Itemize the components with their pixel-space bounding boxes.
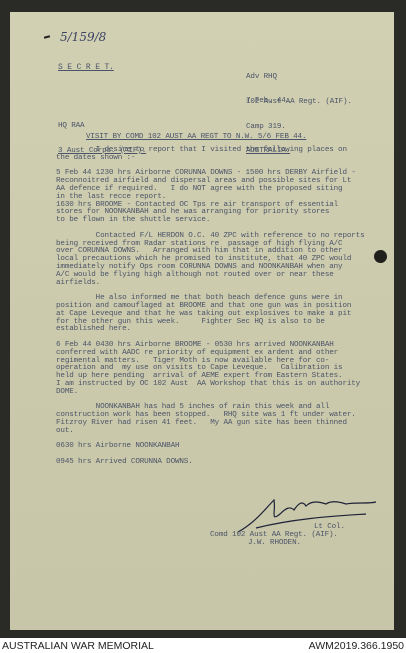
body-line: to be flown in the shuttle service. <box>56 216 365 224</box>
body-line: for the other gun this week. Fighter Sec… <box>56 318 365 326</box>
body-line: AA defence if required. I do NOT agree w… <box>56 185 365 193</box>
body-line: DOME. <box>56 388 365 396</box>
body-line <box>56 333 365 341</box>
body-line: held up here pending arrival of AEME exp… <box>56 372 365 380</box>
body-line: local precautions which he promised to i… <box>56 255 365 263</box>
body-line: over CORUNNA DOWNS. Arranged with him th… <box>56 247 365 255</box>
archive-credit: AUSTRALIAN WAR MEMORIAL <box>2 640 154 652</box>
body-line: being received from Radar stations re pa… <box>56 240 365 248</box>
body-line: Reconnoitred airfield and dispersal area… <box>56 177 365 185</box>
letter-body: I desire to report that I visited the fo… <box>56 146 365 466</box>
body-line: 1630 hrs BROOME - Contacted OC Tps re ai… <box>56 201 365 209</box>
body-line: 5 Feb 44 1230 hrs Airborne CORUNNA DOWNS… <box>56 169 365 177</box>
body-line: immediately notify Ops room CORUNNA DOWN… <box>56 263 365 271</box>
body-line: 6 Feb 44 0430 hrs Airborne BROOME - 0530… <box>56 341 365 349</box>
body-line: in the last recce report. <box>56 193 365 201</box>
body-line <box>56 162 365 170</box>
document-date: 7 Feb. 44. <box>246 97 290 105</box>
body-line: airfields. <box>56 279 365 287</box>
body-line <box>56 286 365 294</box>
subject-heading: VISIT BY COMD 102 AUST AA REGT TO N.W. 5… <box>86 133 306 141</box>
body-line: A/C would be flying high although not ro… <box>56 271 365 279</box>
body-line: construction work has been stopped. RHQ … <box>56 411 365 419</box>
signer-name: J.W. RHODEN. <box>248 539 301 547</box>
classification-label: S E C R E T. <box>58 64 114 72</box>
handwritten-reference: 5/159/8 <box>60 30 106 44</box>
body-line: at Cape Leveque and that he was taking o… <box>56 310 365 318</box>
body-line: I am instructed by OC 102 Aust AA Worksh… <box>56 380 365 388</box>
signature <box>236 494 386 534</box>
archive-id: AWM2019.366.1950 <box>309 640 404 652</box>
signer-rank: Lt Col. <box>314 523 345 531</box>
body-line: operation and my use on visits to Cape L… <box>56 364 365 372</box>
body-line: 0945 hrs Arrived CORUNNA DOWNS. <box>56 458 365 466</box>
body-line: He also informed me that both beach defe… <box>56 294 365 302</box>
recipient-line: HQ RAA <box>58 122 146 130</box>
signer-title: Comd 102 Aust AA Regt. (AIF). <box>210 531 338 539</box>
body-line <box>56 434 365 442</box>
body-line: I desire to report that I visited the fo… <box>56 146 365 154</box>
body-line: the dates shown :- <box>56 154 365 162</box>
body-line: 0630 hrs Airborne NOONKANBAH <box>56 442 365 450</box>
punch-hole <box>374 250 387 263</box>
sender-line: Adv RHQ <box>246 73 352 81</box>
body-line: position and camouflaged at BROOME and t… <box>56 302 365 310</box>
body-line: conferred with AADC re priority of equip… <box>56 349 365 357</box>
body-line <box>56 450 365 458</box>
body-line: NOONKANBAH has had 5 inches of rain this… <box>56 403 365 411</box>
body-line: stores for NOONKANBAH and he was arrangi… <box>56 208 365 216</box>
body-line: Fitzroy River had risen 41 feet. My AA g… <box>56 419 365 427</box>
body-line: regimental matters. Tiger Moth is now av… <box>56 357 365 365</box>
sender-line: Camp 319. <box>246 123 352 131</box>
body-line: out. <box>56 427 365 435</box>
body-line <box>56 224 365 232</box>
body-line: established here. <box>56 325 365 333</box>
body-line: Contacted F/L HERDON O.C. 40 ZPC with re… <box>56 232 365 240</box>
body-line <box>56 396 365 404</box>
